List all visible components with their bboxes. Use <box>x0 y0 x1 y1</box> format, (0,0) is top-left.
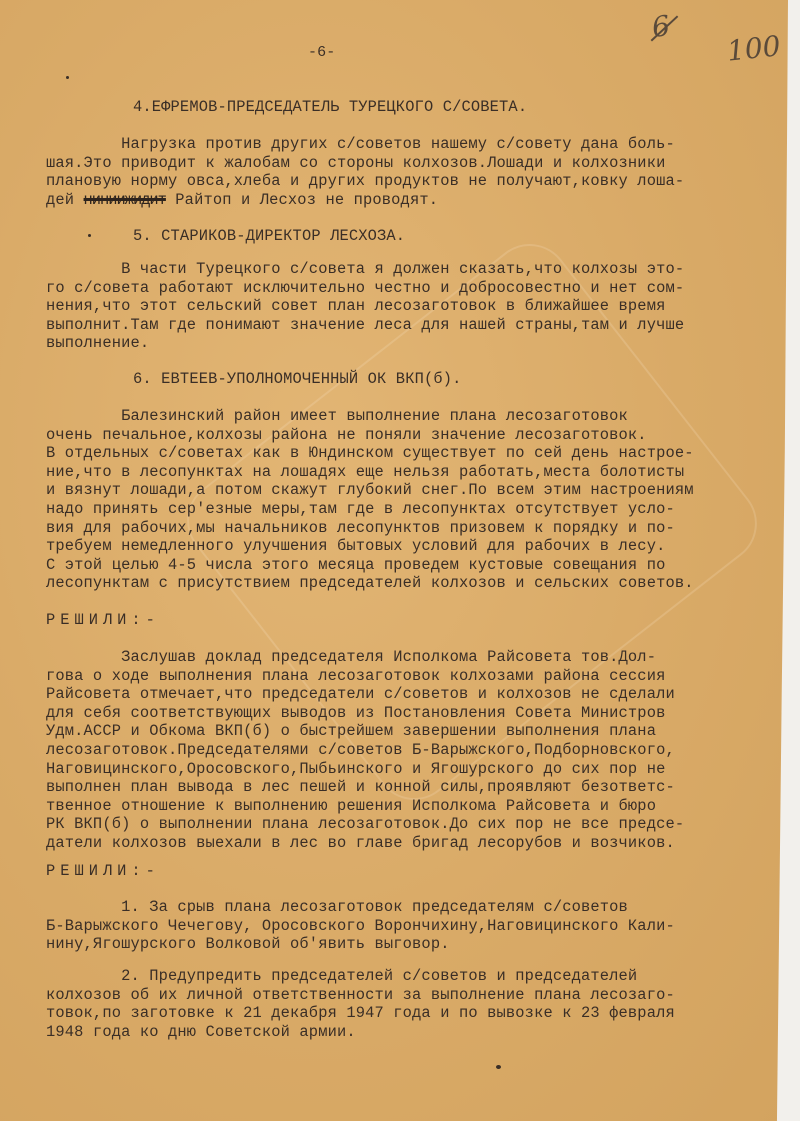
section-heading-6: 6. ЕВТЕЕВ-УПОЛНОМОЧЕННЫЙ ОК ВКП(б). <box>133 370 462 389</box>
section-heading-5: 5. СТАРИКОВ-ДИРЕКТОР ЛЕСХОЗА. <box>133 227 405 246</box>
handwritten-folio-number: 100 <box>725 29 782 67</box>
section-heading-4: 4.ЕФРЕМОВ-ПРЕДСЕДАТЕЛЬ ТУРЕЦКОГО С/СОВЕТ… <box>133 98 527 117</box>
resolution-heading-1: РЕШИЛИ:- <box>46 611 160 630</box>
resolution-item-2: 2. Предупредить председателей с/советов … <box>46 967 675 1041</box>
ink-dot <box>66 76 69 79</box>
section-body-5: В части Турецкого с/совета я должен сказ… <box>46 260 684 353</box>
handwritten-sheet-number: 6 <box>650 9 672 44</box>
document-page: 6 100 -6- 4.ЕФРЕМОВ-ПРЕДСЕДАТЕЛЬ ТУРЕЦКО… <box>0 0 788 1121</box>
resolution-item-1: 1. За срыв плана лесозаготовок председат… <box>46 898 675 954</box>
ink-dot <box>88 234 91 237</box>
struck-out-text: ниниижидит <box>84 191 166 209</box>
resolution-body-1: Заслушав доклад председателя Исполкома Р… <box>46 648 684 853</box>
section-body-4-tail: Райтоп и Лесхоз не проводят. <box>166 191 438 209</box>
section-body-6: Балезинский район имеет выполнение плана… <box>46 407 694 593</box>
section-body-4: Нагрузка против других с/советов нашему … <box>46 135 684 209</box>
resolution-heading-2: РЕШИЛИ:- <box>46 862 160 881</box>
ink-dot <box>496 1065 501 1069</box>
page-number: -6- <box>308 44 335 63</box>
